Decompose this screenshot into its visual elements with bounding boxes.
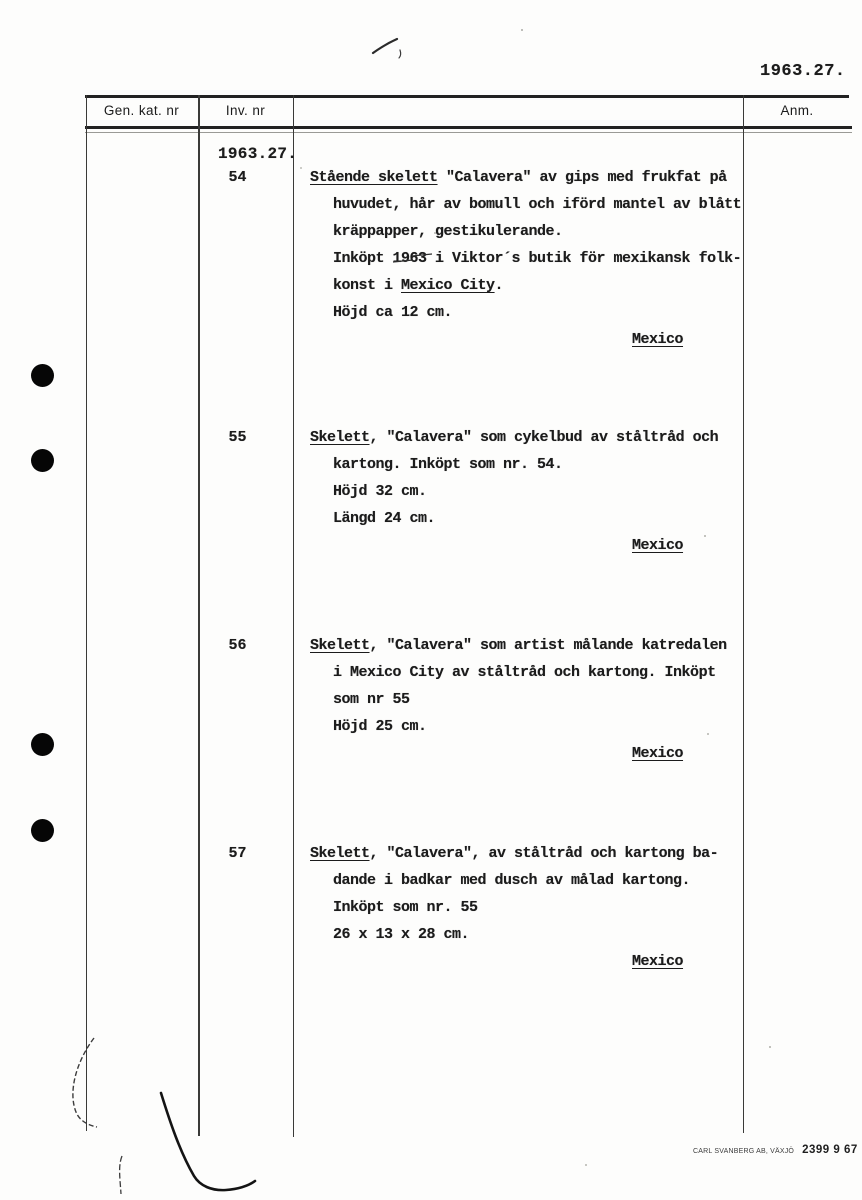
- entry-line: dande i badkar med dusch av målad karton…: [310, 867, 770, 894]
- col-header-inv-nr: Inv. nr: [198, 103, 293, 125]
- entry-line: Skelett, "Calavera", av ståltråd och kar…: [310, 840, 770, 867]
- entry-line: konst i Mexico City.: [310, 272, 770, 299]
- entry-text: Stående skelett "Calavera" av gips med f…: [310, 164, 770, 353]
- entry-text: Skelett, "Calavera" som cykelbud av stål…: [310, 424, 770, 559]
- entry-line: som nr 55: [310, 686, 770, 713]
- entry-line: Skelett, "Calavera" som artist målande k…: [310, 632, 770, 659]
- entry-line: Skelett, "Calavera" som cykelbud av stål…: [310, 424, 770, 451]
- inv-nr: 55: [210, 424, 265, 451]
- inv-nr: 57: [210, 840, 265, 867]
- table-top-border: [85, 95, 849, 98]
- col-header-gen-kat-nr: Gen. kat. nr: [85, 103, 198, 125]
- hole-punch-dot: [31, 364, 54, 387]
- inventory-year-heading: 1963.27.: [218, 145, 297, 163]
- entry-line: kräppapper, gestikulerande.: [310, 218, 770, 245]
- pen-swoosh-mark: [161, 1093, 255, 1190]
- entry-line: i Mexico City av ståltråd och kartong. I…: [310, 659, 770, 686]
- entry-line: Inköpt som nr. 55: [310, 894, 770, 921]
- col-header-anm: Anm.: [743, 103, 851, 125]
- inv-nr: 56: [210, 632, 265, 659]
- hole-punch-dot: [31, 733, 54, 756]
- scan-speck: [521, 29, 523, 31]
- hole-punch-dot: [31, 819, 54, 842]
- entry-line: Höjd 32 cm.: [310, 478, 770, 505]
- entry-line: Stående skelett "Calavera" av gips med f…: [310, 164, 770, 191]
- entry-text: Skelett, "Calavera" som artist målande k…: [310, 632, 770, 767]
- header-separator: [85, 126, 852, 129]
- pencil-squiggle-bottom: [120, 1156, 122, 1194]
- page-number: 1963.27.: [760, 62, 846, 81]
- origin-label: Mexico: [310, 948, 770, 975]
- printer-name: CARL SVANBERG AB, VÄXJÖ: [693, 1148, 794, 1155]
- printer-imprint: CARL SVANBERG AB, VÄXJÖ 2399 9 67: [693, 1144, 858, 1156]
- entry-line: kartong. Inköpt som nr. 54.: [310, 451, 770, 478]
- column-divider-1: [198, 95, 200, 1136]
- catalog-page: 1963.27. Gen. kat. nr Inv. nr Anm. 1963.…: [0, 0, 862, 1200]
- entry-text: Skelett, "Calavera", av ståltråd och kar…: [310, 840, 770, 975]
- inv-nr: 54: [210, 164, 265, 191]
- table-left-border: [86, 95, 88, 1131]
- pen-tick-mark: [399, 50, 401, 58]
- printer-code: 2399 9 67: [802, 1144, 858, 1156]
- origin-label: Mexico: [310, 740, 770, 767]
- entry-line: Längd 24 cm.: [310, 505, 770, 532]
- entry-line: Inköpt 1963 i Viktor´s butik för mexikan…: [310, 245, 770, 272]
- entry-line: 26 x 13 x 28 cm.: [310, 921, 770, 948]
- entry-line: huvudet, hår av bomull och iförd mantel …: [310, 191, 770, 218]
- origin-label: Mexico: [310, 532, 770, 559]
- header-separator-echo: [85, 132, 852, 133]
- column-divider-2: [293, 95, 295, 1137]
- entry-line: Höjd ca 12 cm.: [310, 299, 770, 326]
- pen-slash-mark: [373, 39, 397, 53]
- hole-punch-dot: [31, 449, 54, 472]
- origin-label: Mexico: [310, 326, 770, 353]
- entry-line: Höjd 25 cm.: [310, 713, 770, 740]
